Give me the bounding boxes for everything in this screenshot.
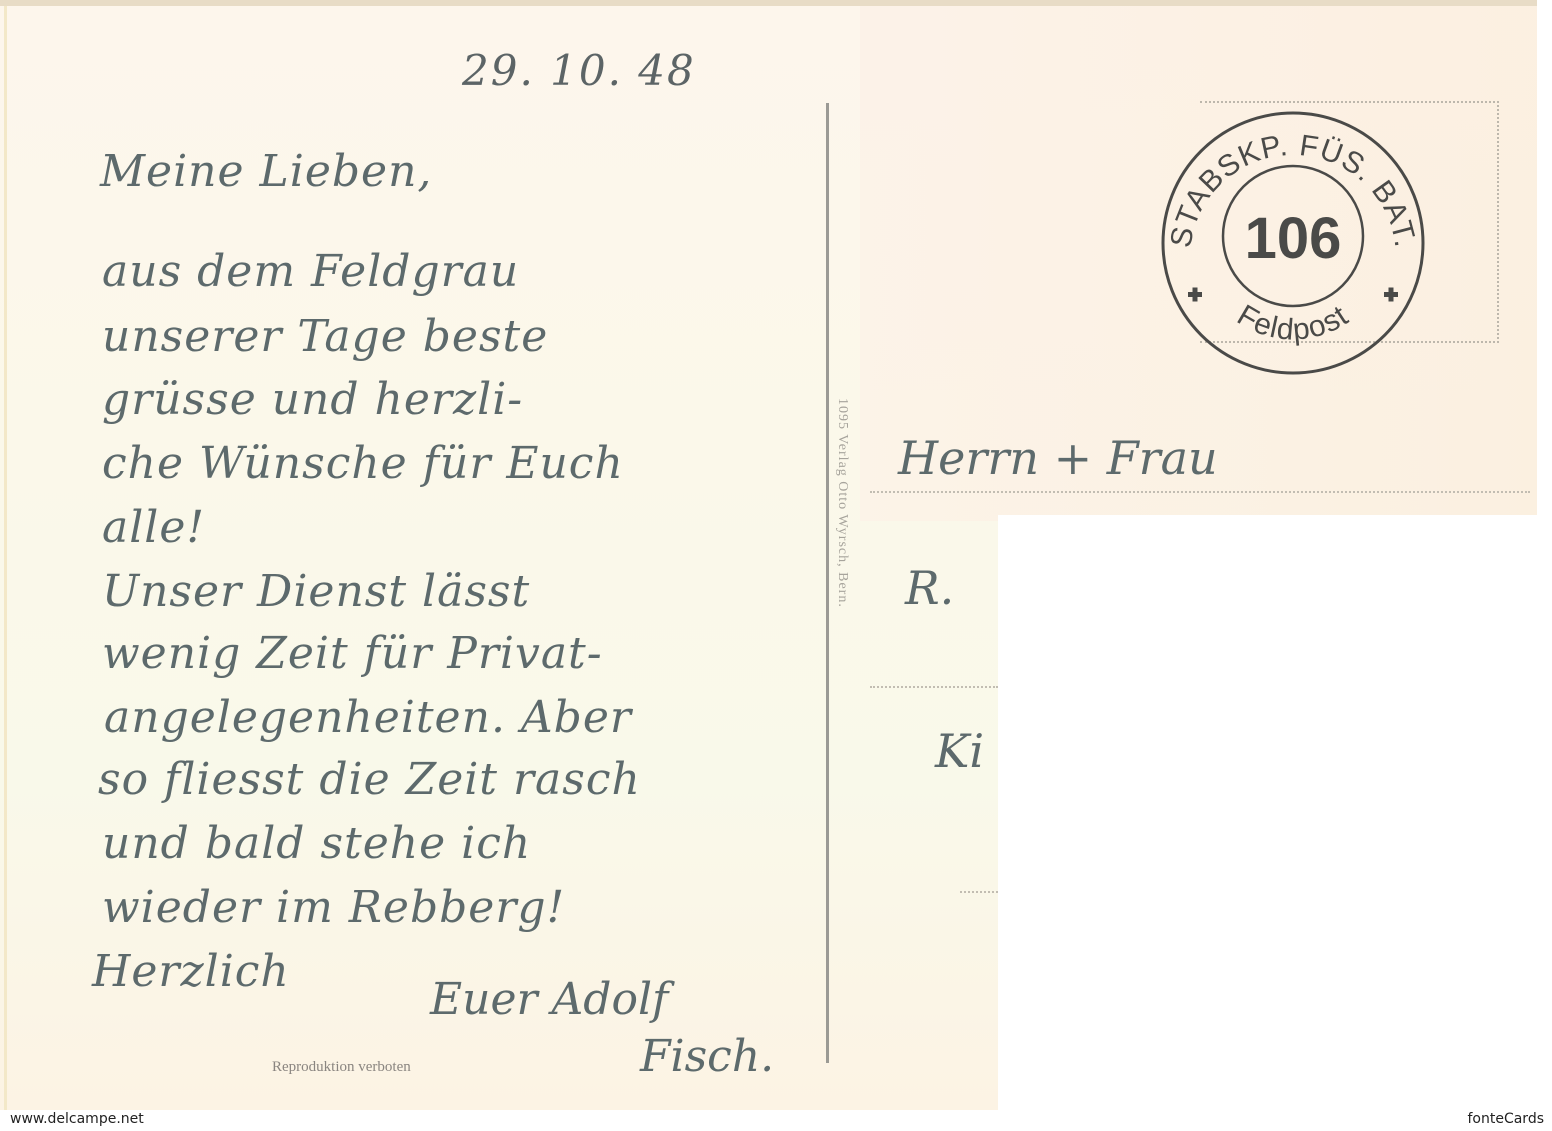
address-dotted-line (960, 891, 998, 893)
message-line: angelegenheiten. Aber (104, 692, 632, 743)
message-line: und bald stehe ich (102, 818, 531, 869)
handwritten-date: 29. 10. 48 (462, 46, 696, 95)
message-line: so fliesst die Zeit rasch (98, 754, 641, 805)
swiss-cross-icon (1188, 288, 1398, 302)
center-divider (826, 103, 829, 1063)
address-dotted-line (870, 686, 998, 688)
publisher-credit: 1095 Verlag Otto Wyrsch, Bern. (834, 398, 850, 608)
message-line: wieder im Rebberg! (102, 882, 565, 933)
source-watermark: www.delcampe.net (10, 1111, 144, 1127)
message-line: unserer Tage beste (102, 311, 548, 362)
signature-line-2: Fisch. (640, 1031, 774, 1082)
stamp-number: 106 (1245, 206, 1342, 271)
address-line-2: R. (905, 561, 954, 615)
imprint-text: Reproduktion verboten (272, 1059, 411, 1076)
message-line: grüsse und herzli- (102, 374, 523, 425)
message-line: alle! (102, 502, 205, 553)
message-line: aus dem Feldgrau (102, 246, 519, 297)
watermark-footer: www.delcampe.net fonteCards (0, 1110, 1552, 1131)
message-line: Herzlich (92, 946, 290, 997)
message-line: che Wünsche für Euch (102, 438, 624, 489)
signature-line-1: Euer Adolf (430, 974, 668, 1025)
seller-watermark: fonteCards (1467, 1111, 1544, 1127)
message-line: Meine Lieben, (100, 146, 432, 197)
message-line: Unser Dienst lässt (102, 566, 530, 617)
message-line: wenig Zeit für Privat- (102, 628, 603, 679)
address-dotted-line (870, 491, 1530, 493)
address-line-3: Ki (935, 724, 984, 778)
address-line-1: Herrn + Frau (898, 431, 1218, 485)
feldpost-cancellation-stamp: STABSKP. FÜS. BAT. Feldpost 106 (1158, 108, 1428, 378)
redaction-overlay (998, 515, 1552, 1111)
